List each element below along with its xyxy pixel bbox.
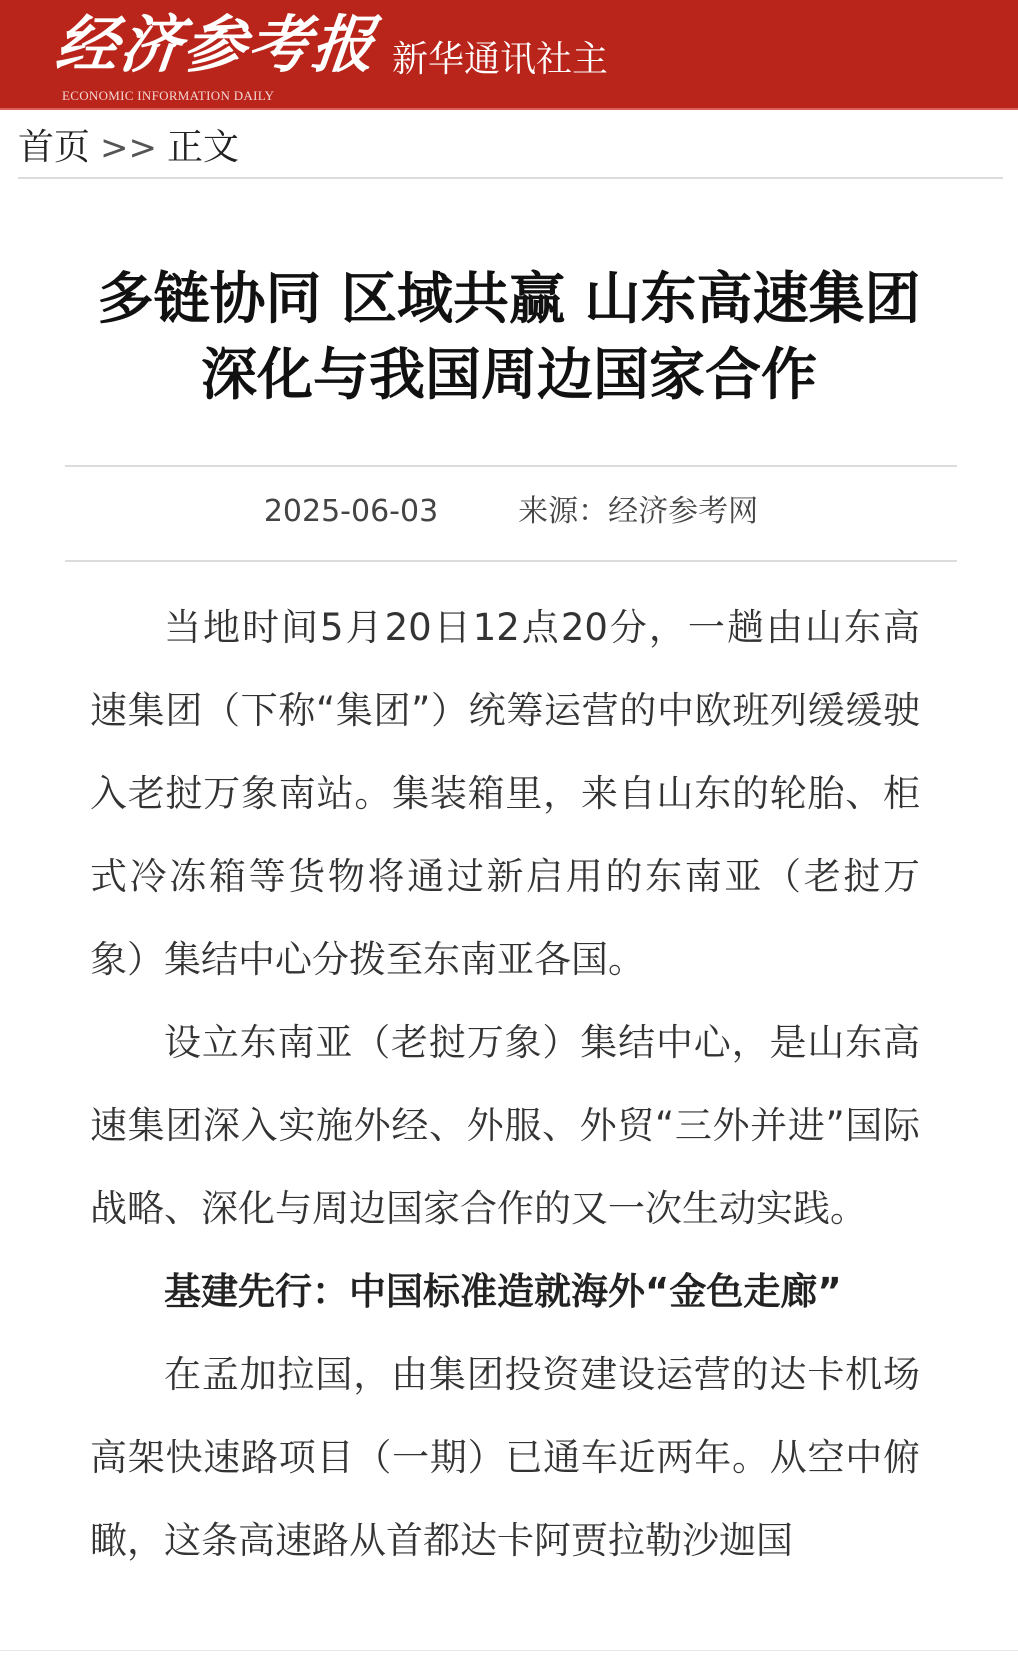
- article-title: 多链协同 区域共赢 山东高速集团 深化与我国周边国家合作: [40, 262, 978, 414]
- source-name: 经济参考网: [608, 494, 758, 529]
- source-label: 来源：: [518, 494, 608, 529]
- article-body: 当地时间5月20日12点20分，一趟由山东高速集团（下称“集团”）统筹运营的中欧…: [90, 586, 920, 1582]
- meta-bottom-divider: [65, 560, 957, 562]
- site-header: 经济参考报 ECONOMIC INFORMATION DAILY 新华通讯社主: [0, 0, 1018, 110]
- article-meta: 2025-06-03来源：经济参考网: [65, 490, 957, 534]
- article-paragraph: 在孟加拉国，由集团投资建设运营的达卡机场高架快速路项目（一期）已通车近两年。从空…: [90, 1333, 920, 1582]
- organization-label: 新华通讯社主: [392, 38, 608, 82]
- logo-english-name: ECONOMIC INFORMATION DAILY: [62, 88, 274, 104]
- breadcrumb-current: 正文: [167, 127, 239, 168]
- newspaper-logo[interactable]: 经济参考报 ECONOMIC INFORMATION DAILY: [56, 6, 326, 104]
- breadcrumb: 首页>>正文: [18, 124, 239, 172]
- article-paragraph: 设立东南亚（老挝万象）集结中心，是山东高速集团深入实施外经、外服、外贸“三外并进…: [90, 1001, 920, 1250]
- article-subheading: 基建先行：中国标准造就海外“金色走廊”: [90, 1250, 920, 1333]
- breadcrumb-separator: >>: [100, 128, 157, 168]
- article-title-line-1: 多链协同 区域共赢 山东高速集团: [40, 262, 978, 338]
- breadcrumb-divider: [18, 177, 1003, 179]
- logo-chinese-name: 经济参考报: [52, 6, 380, 84]
- publish-date: 2025-06-03: [264, 494, 438, 529]
- breadcrumb-home-link[interactable]: 首页: [18, 127, 90, 168]
- page-bottom-edge: [0, 1650, 1018, 1651]
- meta-top-divider: [65, 465, 957, 467]
- article-title-line-2: 深化与我国周边国家合作: [40, 338, 978, 414]
- article-paragraph: 当地时间5月20日12点20分，一趟由山东高速集团（下称“集团”）统筹运营的中欧…: [90, 586, 920, 1001]
